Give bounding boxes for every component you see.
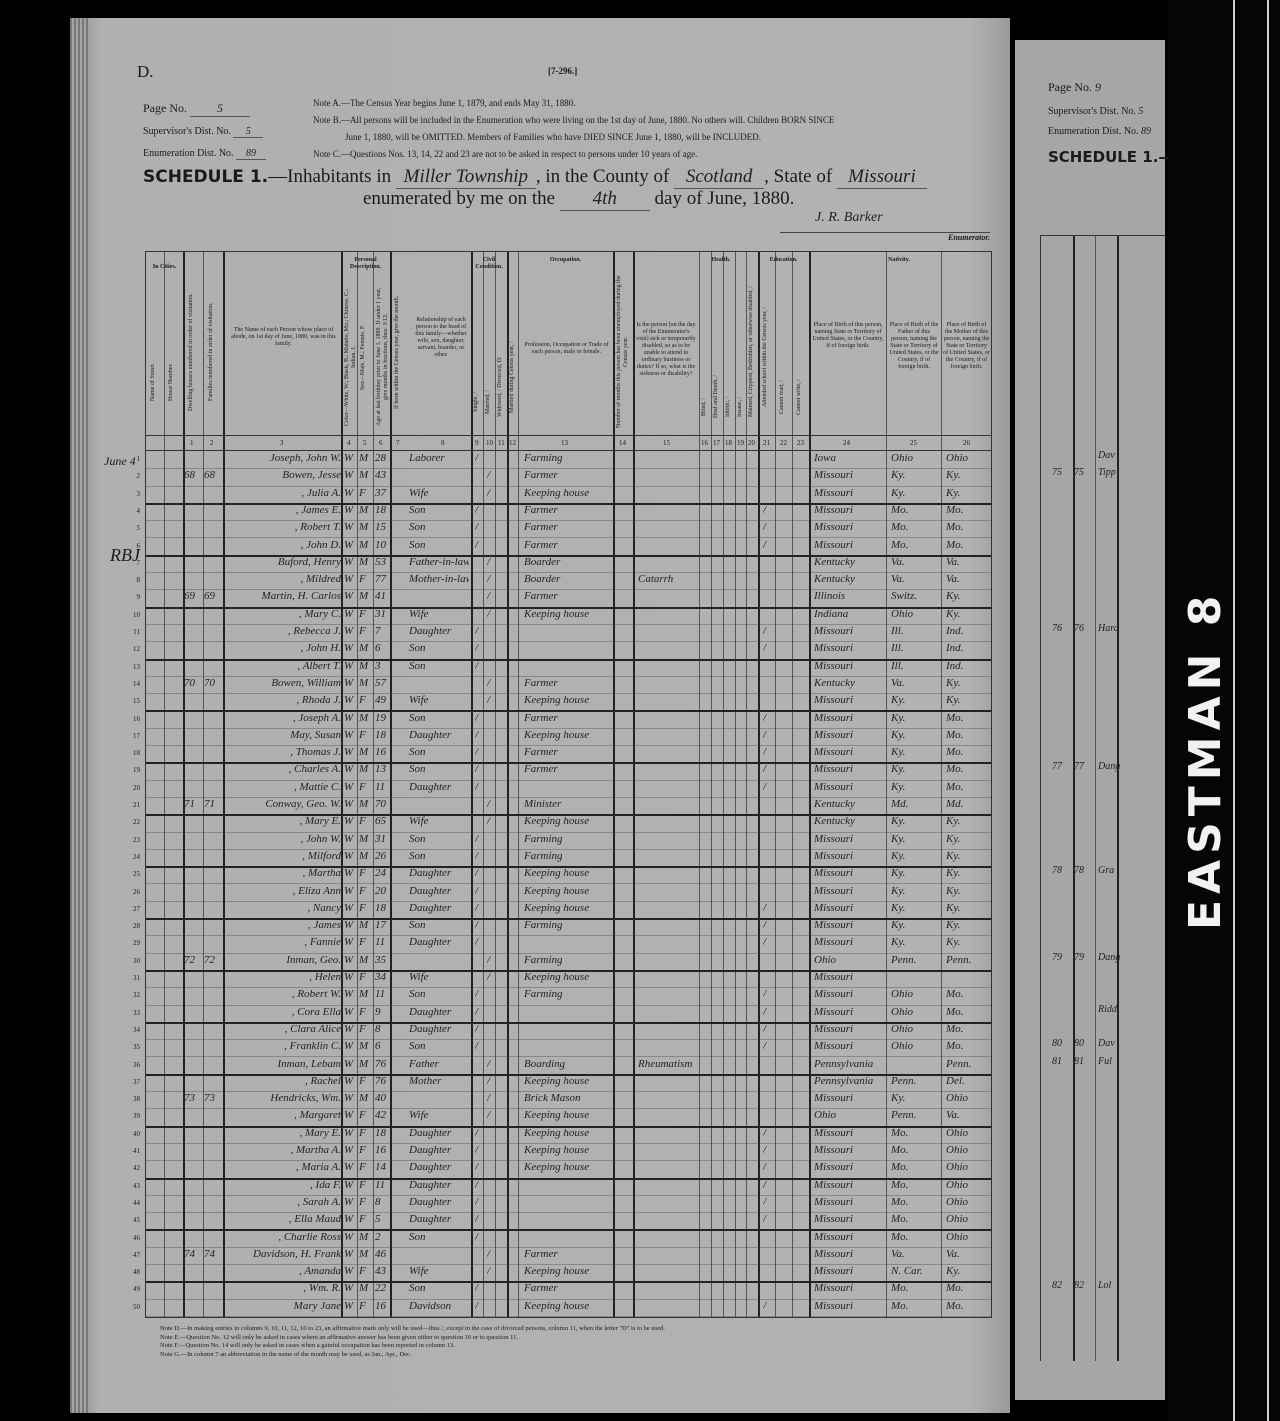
adjacent-dwelling: 75 xyxy=(1052,467,1062,478)
sex: M xyxy=(359,660,371,672)
header-in-cities: In Cities. xyxy=(146,264,183,271)
person-name: Bowen, Jesse xyxy=(226,469,341,481)
father-birthplace: Penn. xyxy=(891,954,939,966)
color: W xyxy=(344,504,356,516)
age: 43 xyxy=(375,469,390,481)
row-number: 18 xyxy=(116,749,140,757)
father-birthplace: Ohio xyxy=(891,1023,939,1035)
single-mark: / xyxy=(475,729,483,741)
adjacent-supervisor-dist-label: Supervisor's Dist. No. xyxy=(1048,106,1136,117)
sex: F xyxy=(359,487,371,499)
col-num: 15 xyxy=(663,439,670,447)
single-mark: / xyxy=(475,885,483,897)
age: 13 xyxy=(375,763,390,775)
color: W xyxy=(344,729,356,741)
birthplace: Missouri xyxy=(814,1179,886,1191)
father-birthplace: Mo. xyxy=(891,1282,939,1294)
adjacent-name: Hard xyxy=(1098,623,1119,634)
father-birthplace: Mo. xyxy=(891,1196,939,1208)
row-number: 31 xyxy=(116,974,140,982)
header-color: Color—White, W.; Black, B.; Mulatto, Mu.… xyxy=(344,282,358,432)
adjacent-dwelling: 79 xyxy=(1052,952,1062,963)
birthplace: Iowa xyxy=(814,452,886,464)
header-idiotic: Idiotic, / xyxy=(725,382,732,432)
single-mark: / xyxy=(475,521,483,533)
sex: F xyxy=(359,1144,371,1156)
mother-birthplace: Ind. xyxy=(946,625,990,637)
relationship: Father xyxy=(409,1058,469,1070)
age: 11 xyxy=(375,988,390,1000)
adjacent-enumeration-dist: Enumeration Dist. No. 89 xyxy=(1048,126,1151,137)
age: 16 xyxy=(375,746,390,758)
color: W xyxy=(344,781,356,793)
single-mark: / xyxy=(475,936,483,948)
relationship: Mother xyxy=(409,1075,469,1087)
occupation: Boarder xyxy=(524,556,612,568)
header-relationship: Relationship of each person to the head … xyxy=(412,317,470,359)
adjacent-page-no-label: Page No. xyxy=(1048,80,1092,94)
row-number: 47 xyxy=(116,1251,140,1259)
mother-birthplace: Ky. xyxy=(946,815,990,827)
film-edge-text: EASTMAN 8 xyxy=(1180,460,1240,1060)
col-num: 4 xyxy=(347,439,351,447)
county-value: Scotland xyxy=(674,166,764,189)
sex: F xyxy=(359,608,371,620)
adjacent-name: Dav xyxy=(1098,1038,1115,1049)
father-birthplace: Ky. xyxy=(891,867,939,879)
row-number: 42 xyxy=(116,1164,140,1172)
row-number: 35 xyxy=(116,1043,140,1051)
occupation: Boarding xyxy=(524,1058,612,1070)
relationship: Daughter xyxy=(409,1213,469,1225)
row-number: 23 xyxy=(116,836,140,844)
mother-birthplace: Ky. xyxy=(946,469,990,481)
mother-birthplace: Ohio xyxy=(946,1127,990,1139)
table-row: 23, John W.WM31Son/FarmingMissouriKy.Ky. xyxy=(146,832,991,850)
birthplace: Missouri xyxy=(814,1040,886,1052)
age: 34 xyxy=(375,971,390,983)
single-mark: / xyxy=(475,1144,483,1156)
married-mark: / xyxy=(487,677,495,689)
father-birthplace: Ky. xyxy=(891,487,939,499)
person-name: , John W. xyxy=(226,833,341,845)
book-binding-edge xyxy=(70,18,88,1413)
father-birthplace: Penn. xyxy=(891,1109,939,1121)
table-header: In Cities. Name of Street. House Number.… xyxy=(146,252,991,436)
school-mark: / xyxy=(763,1127,773,1139)
township-value: Miller Township xyxy=(396,166,536,189)
occupation: Keeping house xyxy=(524,902,612,914)
person-name: , Clara Alice xyxy=(226,1023,341,1035)
schedule-prefix: —Inhabitants in xyxy=(268,166,391,187)
age: 57 xyxy=(375,677,390,689)
color: W xyxy=(344,1092,356,1104)
single-mark: / xyxy=(475,504,483,516)
header-personal-description: Personal Description. xyxy=(341,257,390,271)
birthplace: Pennsylvania xyxy=(814,1075,886,1087)
person-name: , Sarah A. xyxy=(226,1196,341,1208)
dwelling-number: 69 xyxy=(184,590,202,602)
father-birthplace: Ky. xyxy=(891,763,939,775)
dwelling-number: 74 xyxy=(184,1248,202,1260)
mother-birthplace: Ohio xyxy=(946,1231,990,1243)
header-street: Name of Street. xyxy=(150,332,157,432)
table-row: 1Joseph, John W.WM28Laborer/FarmingIowaO… xyxy=(146,451,991,469)
color: W xyxy=(344,1231,356,1243)
adjacent-name: Tipp xyxy=(1098,467,1116,478)
relationship: Son xyxy=(409,763,469,775)
age: 31 xyxy=(375,608,390,620)
sex: F xyxy=(359,1127,371,1139)
footnote-e: Note E.—Question No. 12 will only be ask… xyxy=(160,1334,960,1343)
row-number: 6 xyxy=(116,542,140,550)
relationship: Daughter xyxy=(409,867,469,879)
adjacent-page-no: Page No. 9 xyxy=(1048,80,1101,95)
relationship: Laborer xyxy=(409,452,469,464)
row-number: 49 xyxy=(116,1285,140,1293)
father-birthplace: Switz. xyxy=(891,590,939,602)
mother-birthplace: Ohio xyxy=(946,1092,990,1104)
occupation: Keeping house xyxy=(524,729,612,741)
occupation: Farmer xyxy=(524,469,612,481)
birthplace: Missouri xyxy=(814,1127,886,1139)
table-row: 10, Mary C.WF31Wife/Keeping houseIndiana… xyxy=(146,607,991,625)
person-name: , Margaret xyxy=(226,1109,341,1121)
school-mark: / xyxy=(763,1196,773,1208)
family-number: 74 xyxy=(204,1248,222,1260)
table-row: 49, Wm. R.WM22Son/FarmerMissouriMo.Mo. xyxy=(146,1281,991,1299)
married-mark: / xyxy=(487,1058,495,1070)
birthplace: Missouri xyxy=(814,763,886,775)
family-number: 68 xyxy=(204,469,222,481)
color: W xyxy=(344,625,356,637)
person-name: , Charlie Ross xyxy=(226,1231,341,1243)
note-b: Note B.—All persons will be included in … xyxy=(313,114,963,127)
table-row: 387373Hendricks, Wm.WM40/Brick MasonMiss… xyxy=(146,1091,991,1109)
sex: F xyxy=(359,573,371,585)
sex: M xyxy=(359,677,371,689)
age: 5 xyxy=(375,1213,390,1225)
mother-birthplace: Ohio xyxy=(946,1196,990,1208)
col-num: 7 xyxy=(396,439,400,447)
relationship: Daughter xyxy=(409,1196,469,1208)
row-number: 14 xyxy=(116,680,140,688)
person-name: , John H. xyxy=(226,642,341,654)
occupation: Farmer xyxy=(524,677,612,689)
occupation: Keeping house xyxy=(524,1161,612,1173)
row-number: 33 xyxy=(116,1009,140,1017)
birthplace: Ohio xyxy=(814,1109,886,1121)
county-label: , in the County of xyxy=(536,166,670,187)
occupation: Keeping house xyxy=(524,487,612,499)
sex: M xyxy=(359,1092,371,1104)
school-mark: / xyxy=(763,712,773,724)
row-number: 41 xyxy=(116,1147,140,1155)
single-mark: / xyxy=(475,1161,483,1173)
birthplace: Kentucky xyxy=(814,677,886,689)
sex: M xyxy=(359,539,371,551)
mother-birthplace: Ohio xyxy=(946,1161,990,1173)
occupation: Farmer xyxy=(524,712,612,724)
school-mark: / xyxy=(763,539,773,551)
header-profession: Profession, Occupation or Trade of each … xyxy=(524,342,609,356)
sex: M xyxy=(359,988,371,1000)
occupation: Farming xyxy=(524,919,612,931)
age: 2 xyxy=(375,1231,390,1243)
color: W xyxy=(344,539,356,551)
table-row: 26, Eliza AnnWF20Daughter/Keeping houseM… xyxy=(146,884,991,902)
adjacent-page-no-value: 9 xyxy=(1095,80,1101,94)
sex: F xyxy=(359,729,371,741)
single-mark: / xyxy=(475,1300,483,1312)
father-birthplace: Mo. xyxy=(891,1144,939,1156)
header-months-unemployed: Number of months this person has been un… xyxy=(616,272,630,432)
row-number: 30 xyxy=(116,957,140,965)
school-mark: / xyxy=(763,936,773,948)
col-num: 17 xyxy=(713,439,720,447)
table-row: 19, Charles A.WM13Son/Farmer/MissouriKy.… xyxy=(146,762,991,780)
adjacent-name: Lol xyxy=(1098,1280,1111,1291)
single-mark: / xyxy=(475,1196,483,1208)
mother-birthplace: Va. xyxy=(946,1248,990,1260)
mother-birthplace: Ind. xyxy=(946,642,990,654)
birthplace: Missouri xyxy=(814,1006,886,1018)
age: 37 xyxy=(375,487,390,499)
relationship: Wife xyxy=(409,1265,469,1277)
mother-birthplace: Mo. xyxy=(946,729,990,741)
person-name: , Cora Ella xyxy=(226,1006,341,1018)
header-sex: Sex—Male, M.; Female, F. xyxy=(360,282,367,432)
sex: F xyxy=(359,1196,371,1208)
sex: M xyxy=(359,504,371,516)
col-num: 20 xyxy=(748,439,755,447)
occupation: Keeping house xyxy=(524,694,612,706)
person-name: Inman, Geo. xyxy=(226,954,341,966)
table-row: 31, HelenWF34Wife/Keeping houseMissouri xyxy=(146,970,991,988)
age: 18 xyxy=(375,504,390,516)
adjacent-enumeration-dist-value: 89 xyxy=(1141,126,1151,137)
father-birthplace: Mo. xyxy=(891,539,939,551)
mother-birthplace: Mo. xyxy=(946,539,990,551)
mother-birthplace: Del. xyxy=(946,1075,990,1087)
header-insane: Insane, / xyxy=(737,382,744,432)
dwelling-number: 68 xyxy=(184,469,202,481)
adjacent-supervisor-dist: Supervisor's Dist. No. 5 xyxy=(1048,106,1143,117)
note-a: Note A.—The Census Year begins June 1, 1… xyxy=(313,97,963,110)
footnote-g: Note G.—In column 7 an abbreviation in t… xyxy=(160,1351,960,1360)
mother-birthplace: Ky. xyxy=(946,833,990,845)
person-name: , Martha A. xyxy=(226,1144,341,1156)
age: 35 xyxy=(375,954,390,966)
father-birthplace: Ohio xyxy=(891,988,939,1000)
school-mark: / xyxy=(763,625,773,637)
age: 6 xyxy=(375,1040,390,1052)
father-birthplace: Mo. xyxy=(891,504,939,516)
birthplace: Illinois xyxy=(814,590,886,602)
relationship: Son xyxy=(409,660,469,672)
age: 15 xyxy=(375,521,390,533)
sex: F xyxy=(359,1265,371,1277)
color: W xyxy=(344,1213,356,1225)
sex: F xyxy=(359,1109,371,1121)
birthplace: Missouri xyxy=(814,539,886,551)
header-mother-birthplace: Place of Birth of the Mother of this per… xyxy=(943,322,990,371)
birthplace: Missouri xyxy=(814,625,886,637)
adjacent-dwelling: 77 xyxy=(1052,761,1062,772)
relationship: Daughter xyxy=(409,1023,469,1035)
occupation: Farmer xyxy=(524,1248,612,1260)
person-name: , Eliza Ann xyxy=(226,885,341,897)
school-mark: / xyxy=(763,902,773,914)
birthplace: Missouri xyxy=(814,712,886,724)
sex: F xyxy=(359,781,371,793)
school-mark: / xyxy=(763,642,773,654)
mother-birthplace: Mo. xyxy=(946,763,990,775)
adjacent-name: Ridd xyxy=(1098,1004,1117,1015)
father-birthplace: Ky. xyxy=(891,746,939,758)
row-number: 17 xyxy=(116,732,140,740)
age: 70 xyxy=(375,798,390,810)
sex: M xyxy=(359,1040,371,1052)
adjacent-name: Dang xyxy=(1098,952,1120,963)
census-table: In Cities. Name of Street. House Number.… xyxy=(145,251,992,1318)
age: 11 xyxy=(375,1179,390,1191)
relationship: Son xyxy=(409,988,469,1000)
father-birthplace: Ky. xyxy=(891,729,939,741)
occupation: Farming xyxy=(524,833,612,845)
table-row: 13, Albert T.WM3Son/MissouriIll.Ind. xyxy=(146,659,991,677)
sex: M xyxy=(359,746,371,758)
col-num: 24 xyxy=(843,439,850,447)
person-name: , Joseph A. xyxy=(226,712,341,724)
color: W xyxy=(344,954,356,966)
note-b-continued: June 1, 1880, will be OMITTED. Members o… xyxy=(313,131,963,144)
dwelling-number: 71 xyxy=(184,798,202,810)
birthplace: Missouri xyxy=(814,1248,886,1260)
adjacent-family: 81 xyxy=(1074,1056,1084,1067)
adjacent-supervisor-dist-value: 5 xyxy=(1138,106,1143,117)
row-number: 50 xyxy=(116,1303,140,1311)
occupation: Farming xyxy=(524,452,612,464)
birthplace: Missouri xyxy=(814,1144,886,1156)
age: 19 xyxy=(375,712,390,724)
birthplace: Kentucky xyxy=(814,815,886,827)
person-name: , Franklin C. xyxy=(226,1040,341,1052)
married-mark: / xyxy=(487,573,495,585)
father-birthplace: Mo. xyxy=(891,1231,939,1243)
color: W xyxy=(344,1265,356,1277)
col-num: 6 xyxy=(379,439,383,447)
father-birthplace: Mo. xyxy=(891,1179,939,1191)
relationship: Daughter xyxy=(409,1127,469,1139)
birthplace: Missouri xyxy=(814,971,886,983)
page-no-value: 5 xyxy=(190,101,250,117)
relationship: Daughter xyxy=(409,936,469,948)
occupation: Farmer xyxy=(524,504,612,516)
birthplace: Missouri xyxy=(814,1213,886,1225)
married-mark: / xyxy=(487,1092,495,1104)
school-mark: / xyxy=(763,504,773,516)
married-mark: / xyxy=(487,815,495,827)
age: 6 xyxy=(375,642,390,654)
form-code: [7-296.] xyxy=(548,66,577,76)
header-sickness: Is the person [on the day of the Enumera… xyxy=(636,322,696,378)
mother-birthplace: Mo. xyxy=(946,988,990,1000)
adjacent-name: Dav xyxy=(1098,450,1115,461)
sex: M xyxy=(359,590,371,602)
birthplace: Missouri xyxy=(814,781,886,793)
mother-birthplace: Ky. xyxy=(946,885,990,897)
father-birthplace: Ohio xyxy=(891,452,939,464)
row-number: 15 xyxy=(116,697,140,705)
birthplace: Missouri xyxy=(814,469,886,481)
state-value: Missouri xyxy=(837,166,927,189)
occupation: Minister xyxy=(524,798,612,810)
person-name: , Helen xyxy=(226,971,341,983)
color: W xyxy=(344,452,356,464)
single-mark: / xyxy=(475,867,483,879)
birthplace: Missouri xyxy=(814,1161,886,1173)
father-birthplace: Penn. xyxy=(891,1075,939,1087)
sex: M xyxy=(359,1231,371,1243)
color: W xyxy=(344,1196,356,1208)
relationship: Wife xyxy=(409,694,469,706)
married-mark: / xyxy=(487,694,495,706)
mother-birthplace: Ky. xyxy=(946,850,990,862)
birthplace: Missouri xyxy=(814,833,886,845)
relationship: Son xyxy=(409,504,469,516)
sex: M xyxy=(359,1058,371,1070)
birthplace: Pennsylvania xyxy=(814,1058,886,1070)
age: 8 xyxy=(375,1196,390,1208)
birthplace: Missouri xyxy=(814,850,886,862)
father-birthplace: Ky. xyxy=(891,469,939,481)
relationship: Daughter xyxy=(409,625,469,637)
row-number: 29 xyxy=(116,939,140,947)
mother-birthplace: Penn. xyxy=(946,954,990,966)
row-number: 13 xyxy=(116,663,140,671)
birthplace: Missouri xyxy=(814,1300,886,1312)
relationship: Wife xyxy=(409,815,469,827)
person-name: , Wm. R. xyxy=(226,1282,341,1294)
birthplace: Missouri xyxy=(814,746,886,758)
occupation: Keeping house xyxy=(524,867,612,879)
married-mark: / xyxy=(487,556,495,568)
row-number: 3 xyxy=(116,490,140,498)
school-mark: / xyxy=(763,1144,773,1156)
person-name: , Ida F. xyxy=(226,1179,341,1191)
age: 24 xyxy=(375,867,390,879)
age: 26 xyxy=(375,850,390,862)
row-number: 38 xyxy=(116,1095,140,1103)
occupation: Boarder xyxy=(524,573,612,585)
color: W xyxy=(344,1058,356,1070)
single-mark: / xyxy=(475,746,483,758)
father-birthplace: Ill. xyxy=(891,642,939,654)
col-num: 16 xyxy=(701,439,708,447)
birthplace: Missouri xyxy=(814,487,886,499)
school-mark: / xyxy=(763,1040,773,1052)
person-name: , Mary C. xyxy=(226,608,341,620)
person-name: Martin, H. Carlos xyxy=(226,590,341,602)
family-number: 73 xyxy=(204,1092,222,1104)
sex: F xyxy=(359,902,371,914)
father-birthplace: Va. xyxy=(891,1248,939,1260)
relationship: Son xyxy=(409,850,469,862)
sex: M xyxy=(359,919,371,931)
color: W xyxy=(344,988,356,1000)
table-row: 43, Ida F.WF11Daughter//MissouriMo.Ohio xyxy=(146,1178,991,1196)
